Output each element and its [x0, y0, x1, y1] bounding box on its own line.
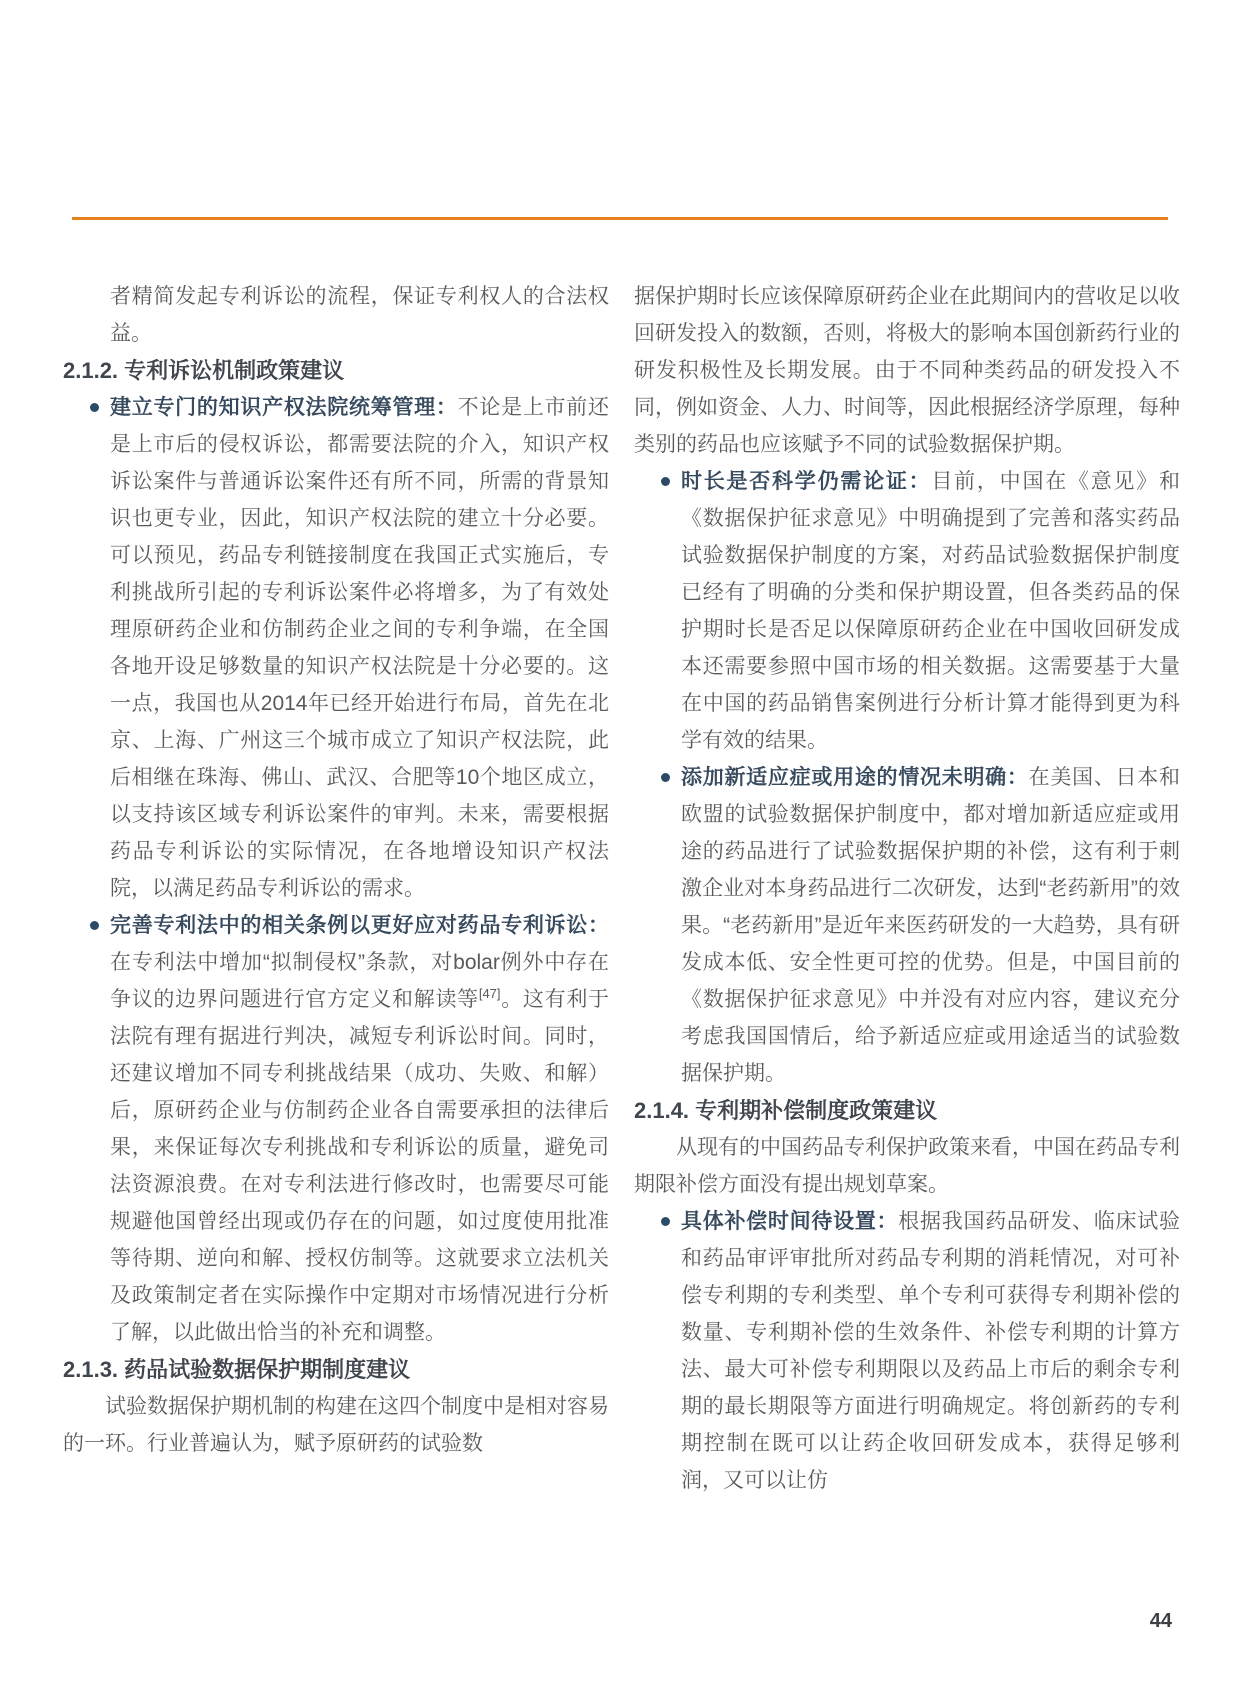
- bullet-lead: 具体补偿时间待设置：: [681, 1210, 898, 1233]
- right-column: 据保护期时长应该保障原研药企业在此期间内的营收足以收回研发投入的数额，否则，将极…: [634, 278, 1180, 1499]
- section-heading-2-1-4: 2.1.4. 专利期补偿制度政策建议: [634, 1092, 1180, 1129]
- bullet-list-2-1-2: 建立专门的知识产权法院统筹管理：不论是上市前还是上市后的侵权诉讼，都需要法院的介…: [63, 389, 609, 1351]
- section-heading-2-1-2: 2.1.2. 专利诉讼机制政策建议: [63, 352, 609, 389]
- bullet-body: 不论是上市前还是上市后的侵权诉讼，都需要法院的介入，知识产权诉讼案件与普通诉讼案…: [110, 396, 609, 900]
- bullet-item: 具体补偿时间待设置：根据我国药品研发、临床试验和药品审评审批所对药品专利期的消耗…: [634, 1203, 1180, 1499]
- bullet-lead: 完善专利法中的相关条例以更好应对药品专利诉讼：: [110, 914, 609, 937]
- bullet-item: 添加新适应症或用途的情况未明确：在美国、日本和欧盟的试验数据保护制度中，都对增加…: [634, 759, 1180, 1092]
- bullet-body: 在美国、日本和欧盟的试验数据保护制度中，都对增加新适应症或用途的药品进行了试验数…: [681, 766, 1180, 1085]
- bullet-body: 目前，中国在《意见》和《数据保护征求意见》中明确提到了完善和落实药品试验数据保护…: [681, 470, 1180, 752]
- bullet-lead: 时长是否科学仍需论证：: [681, 470, 931, 493]
- bullet-item: 时长是否科学仍需论证：目前，中国在《意见》和《数据保护征求意见》中明确提到了完善…: [634, 463, 1180, 759]
- bullet-item: 完善专利法中的相关条例以更好应对药品专利诉讼：在专利法中增加“拟制侵权”条款，对…: [63, 907, 609, 1351]
- bullet-lead: 添加新适应症或用途的情况未明确：: [681, 766, 1029, 789]
- bullet-lead: 建立专门的知识产权法院统筹管理：: [110, 396, 458, 419]
- bullet-list-2-1-3: 时长是否科学仍需论证：目前，中国在《意见》和《数据保护征求意见》中明确提到了完善…: [634, 463, 1180, 1092]
- text-columns: 者精简发起专利诉讼的流程，保证专利权人的合法权益。 2.1.2. 专利诉讼机制政…: [63, 278, 1180, 1499]
- bullet-item: 建立专门的知识产权法院统筹管理：不论是上市前还是上市后的侵权诉讼，都需要法院的介…: [63, 389, 609, 907]
- body-paragraph: 从现有的中国药品专利保护政策来看，中国在药品专利期限补偿方面没有提出规划草案。: [634, 1129, 1180, 1203]
- bullet-body: 。这有利于法院有理有据进行判决，减短专利诉讼时间。同时，还建议增加不同专利挑战结…: [110, 988, 609, 1344]
- bullet-body: 根据我国药品研发、临床试验和药品审评审批所对药品专利期的消耗情况，对可补偿专利期…: [681, 1210, 1180, 1492]
- page-number: 44: [1150, 1610, 1172, 1633]
- header-accent-rule: [72, 217, 1168, 220]
- left-column: 者精简发起专利诉讼的流程，保证专利权人的合法权益。 2.1.2. 专利诉讼机制政…: [63, 278, 609, 1499]
- section-heading-2-1-3: 2.1.3. 药品试验数据保护期制度建议: [63, 1351, 609, 1388]
- document-page: 者精简发起专利诉讼的流程，保证专利权人的合法权益。 2.1.2. 专利诉讼机制政…: [0, 0, 1241, 1683]
- body-paragraph: 试验数据保护期机制的构建在这四个制度中是相对容易的一环。行业普遍认为，赋予原研药…: [63, 1388, 609, 1462]
- bullet-list-2-1-4: 具体补偿时间待设置：根据我国药品研发、临床试验和药品审评审批所对药品专利期的消耗…: [634, 1203, 1180, 1499]
- continuation-paragraph: 者精简发起专利诉讼的流程，保证专利权人的合法权益。: [63, 278, 609, 352]
- footnote-ref-47: [47]: [479, 986, 501, 1001]
- continuation-paragraph: 据保护期时长应该保障原研药企业在此期间内的营收足以收回研发投入的数额，否则，将极…: [634, 278, 1180, 463]
